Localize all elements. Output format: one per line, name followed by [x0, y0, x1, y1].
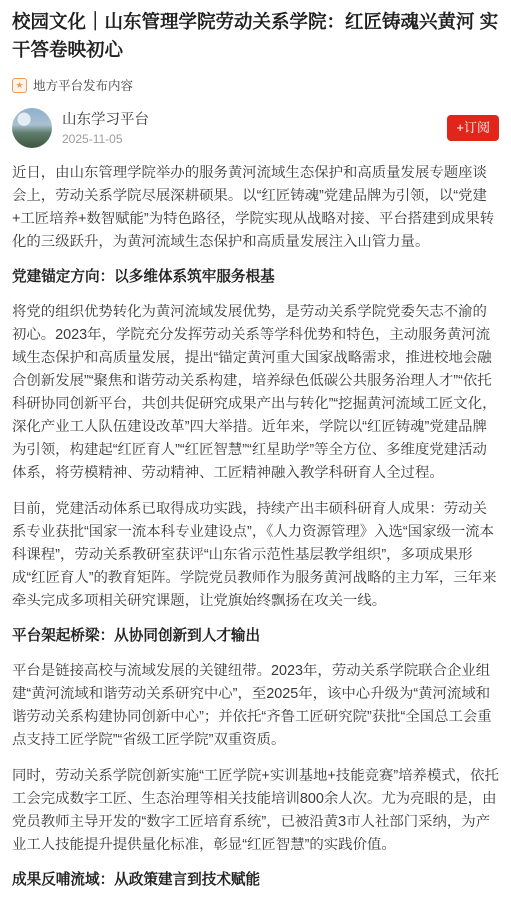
avatar[interactable]	[12, 108, 52, 148]
source-tag-label: 地方平台发布内容	[33, 76, 133, 94]
article-paragraph: 平台是链接高校与流域发展的关键纽带。2023年，劳动关系学院联合企业组建“黄河流…	[12, 660, 499, 752]
article-paragraph: 目前，党建活动体系已取得成功实践，持续产出丰硕科研育人成果：劳动关系专业获批“国…	[12, 498, 499, 613]
article-title: 校园文化｜山东管理学院劳动关系学院：红匠铸魂兴黄河 实干答卷映初心	[12, 8, 499, 64]
article-page: 校园文化｜山东管理学院劳动关系学院：红匠铸魂兴黄河 实干答卷映初心 ★ 地方平台…	[0, 0, 511, 914]
section-heading: 平台架起桥梁：从协同创新到人才输出	[12, 626, 499, 647]
article-body: 近日，由山东管理学院举办的服务黄河流域生态保护和高质量发展专题座谈会上，劳动关系…	[12, 162, 499, 891]
author-meta: 山东学习平台 2025-11-05	[62, 111, 447, 146]
subscribe-button[interactable]: +订阅	[447, 115, 499, 141]
author-bar: 山东学习平台 2025-11-05 +订阅	[12, 108, 499, 148]
author-name[interactable]: 山东学习平台	[62, 111, 447, 129]
section-heading: 党建锚定方向：以多维体系筑牢服务根基	[12, 267, 499, 288]
star-badge-icon: ★	[12, 78, 27, 93]
section-heading: 成果反哺流域：从政策建言到技术赋能	[12, 870, 499, 891]
source-tag: ★ 地方平台发布内容	[12, 76, 499, 94]
article-paragraph: 将党的组织优势转化为黄河流域发展优势，是劳动关系学院党委矢志不渝的初心。2023…	[12, 301, 499, 485]
publish-date: 2025-11-05	[62, 132, 447, 146]
article-paragraph: 近日，由山东管理学院举办的服务黄河流域生态保护和高质量发展专题座谈会上，劳动关系…	[12, 162, 499, 254]
article-paragraph: 同时，劳动关系学院创新实施“工匠学院+实训基地+技能竞赛”培养模式，依托工会完成…	[12, 765, 499, 857]
